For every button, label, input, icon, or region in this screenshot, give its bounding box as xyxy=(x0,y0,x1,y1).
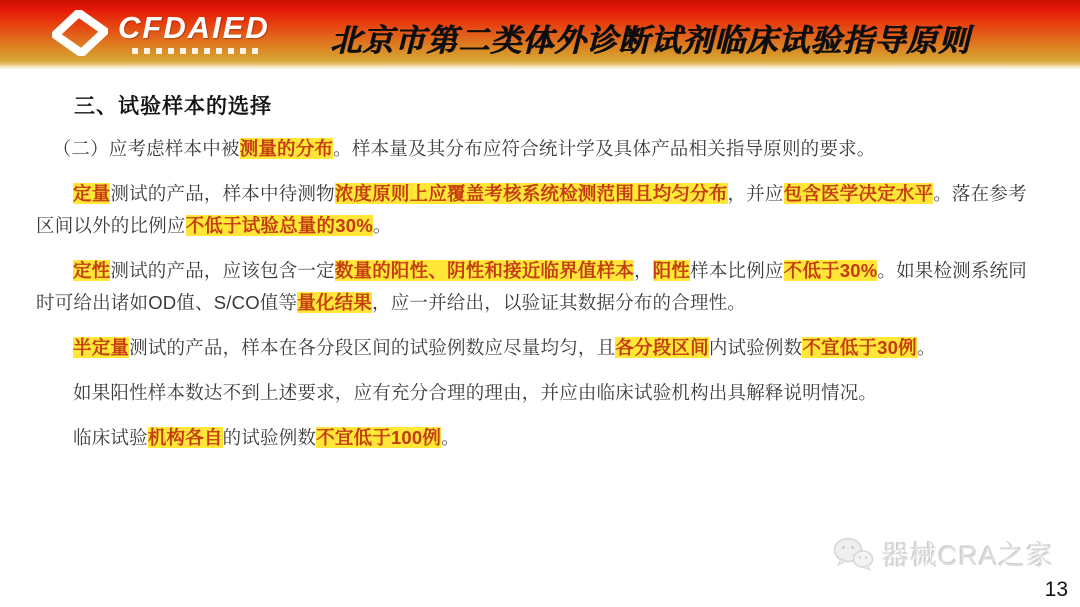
text-segment: 测试的产品，样本中待测物 xyxy=(110,183,334,204)
presentation-slide: CFDAIED 北京市第二类体外诊断试剂临床试验指导原则 三、试验样本的选择 （… xyxy=(0,0,1080,607)
text-segment: ，并应 xyxy=(728,183,784,204)
section-heading: 三、试验样本的选择 xyxy=(74,90,1042,120)
watermark-label: 器械CRA之家 xyxy=(882,534,1054,573)
paragraph: （二）应考虑样本中被测量的分布。样本量及其分布应符合统计学及具体产品相关指导原则… xyxy=(36,133,1042,165)
paragraph: 半定量测试的产品，样本在各分段区间的试验例数应尽量均匀，且各分段区间内试验例数不… xyxy=(36,332,1042,364)
highlighted-text: 不低于30% xyxy=(784,260,878,281)
watermark: 器械CRA之家 xyxy=(832,534,1054,573)
paragraph: 定量测试的产品，样本中待测物浓度原则上应覆盖考核系统检测范围且均匀分布，并应包含… xyxy=(36,178,1042,242)
paragraph: 如果阳性样本数达不到上述要求，应有充分合理的理由，并应由临床试验机构出具解释说明… xyxy=(36,377,1042,409)
text-segment: （二）应考虑样本中被 xyxy=(53,138,240,159)
text-segment: 。 xyxy=(373,215,392,236)
text-segment: ，应一并给出，以验证其数据分布的合理性。 xyxy=(372,292,746,313)
highlighted-text: 浓度原则上应覆盖考核系统检测范围且均匀分布 xyxy=(335,183,728,204)
diamond-logo-icon xyxy=(52,10,108,56)
logo-text-wrap: CFDAIED xyxy=(118,12,270,54)
text-segment: 临床试验 xyxy=(73,427,148,448)
text-segment: 。 xyxy=(917,337,936,358)
text-segment: 测试的产品，样本在各分段区间的试验例数应尽量均匀，且 xyxy=(129,337,615,358)
logo-tagline-decoration xyxy=(132,48,264,54)
highlighted-text: 测量的分布 xyxy=(240,138,334,159)
text-segment: 。样本量及其分布应符合统计学及具体产品相关指导原则的要求。 xyxy=(333,138,875,159)
highlighted-text: 各分段区间 xyxy=(615,337,709,358)
slide-body: （二）应考虑样本中被测量的分布。样本量及其分布应符合统计学及具体产品相关指导原则… xyxy=(36,133,1042,454)
text-segment: 。 xyxy=(441,427,460,448)
highlighted-text: 阳性 xyxy=(653,260,690,281)
highlighted-text: 定性 xyxy=(73,260,110,281)
slide-header-title: 北京市第二类体外诊断试剂临床试验指导原则 xyxy=(330,15,930,60)
highlighted-text: 包含医学决定水平 xyxy=(784,183,934,204)
highlighted-text: 不低于试验总量的30% xyxy=(186,215,373,236)
page-number: 13 xyxy=(1045,578,1068,602)
text-segment: 的试验例数 xyxy=(223,427,317,448)
logo-wordmark: CFDAIED xyxy=(118,12,270,43)
text-segment: 内试验例数 xyxy=(709,337,803,358)
highlighted-text: 不宜低于30例 xyxy=(802,337,916,358)
wechat-icon xyxy=(832,536,874,572)
text-segment: 样本比例应 xyxy=(690,260,784,281)
highlighted-text: 量化结果 xyxy=(297,292,372,313)
header-banner: CFDAIED 北京市第二类体外诊断试剂临床试验指导原则 xyxy=(0,0,1080,70)
cfdaied-logo: CFDAIED xyxy=(52,10,270,56)
text-segment: 如果阳性样本数达不到上述要求，应有充分合理的理由，并应由临床试验机构出具解释说明… xyxy=(73,382,877,403)
paragraph: 定性测试的产品，应该包含一定数量的阳性、阴性和接近临界值样本，阳性样本比例应不低… xyxy=(36,255,1042,319)
text-segment: 测试的产品，应该包含一定 xyxy=(110,260,334,281)
highlighted-text: 数量的阳性、阴性和接近临界值样本 xyxy=(335,260,634,281)
highlighted-text: 机构各自 xyxy=(148,427,223,448)
highlighted-text: 半定量 xyxy=(73,337,129,358)
text-segment: ， xyxy=(634,260,653,281)
paragraph: 临床试验机构各自的试验例数不宜低于100例。 xyxy=(36,422,1042,454)
highlighted-text: 定量 xyxy=(73,183,110,204)
highlighted-text: 不宜低于100例 xyxy=(316,427,441,448)
slide-content: 三、试验样本的选择 （二）应考虑样本中被测量的分布。样本量及其分布应符合统计学及… xyxy=(0,70,1080,454)
